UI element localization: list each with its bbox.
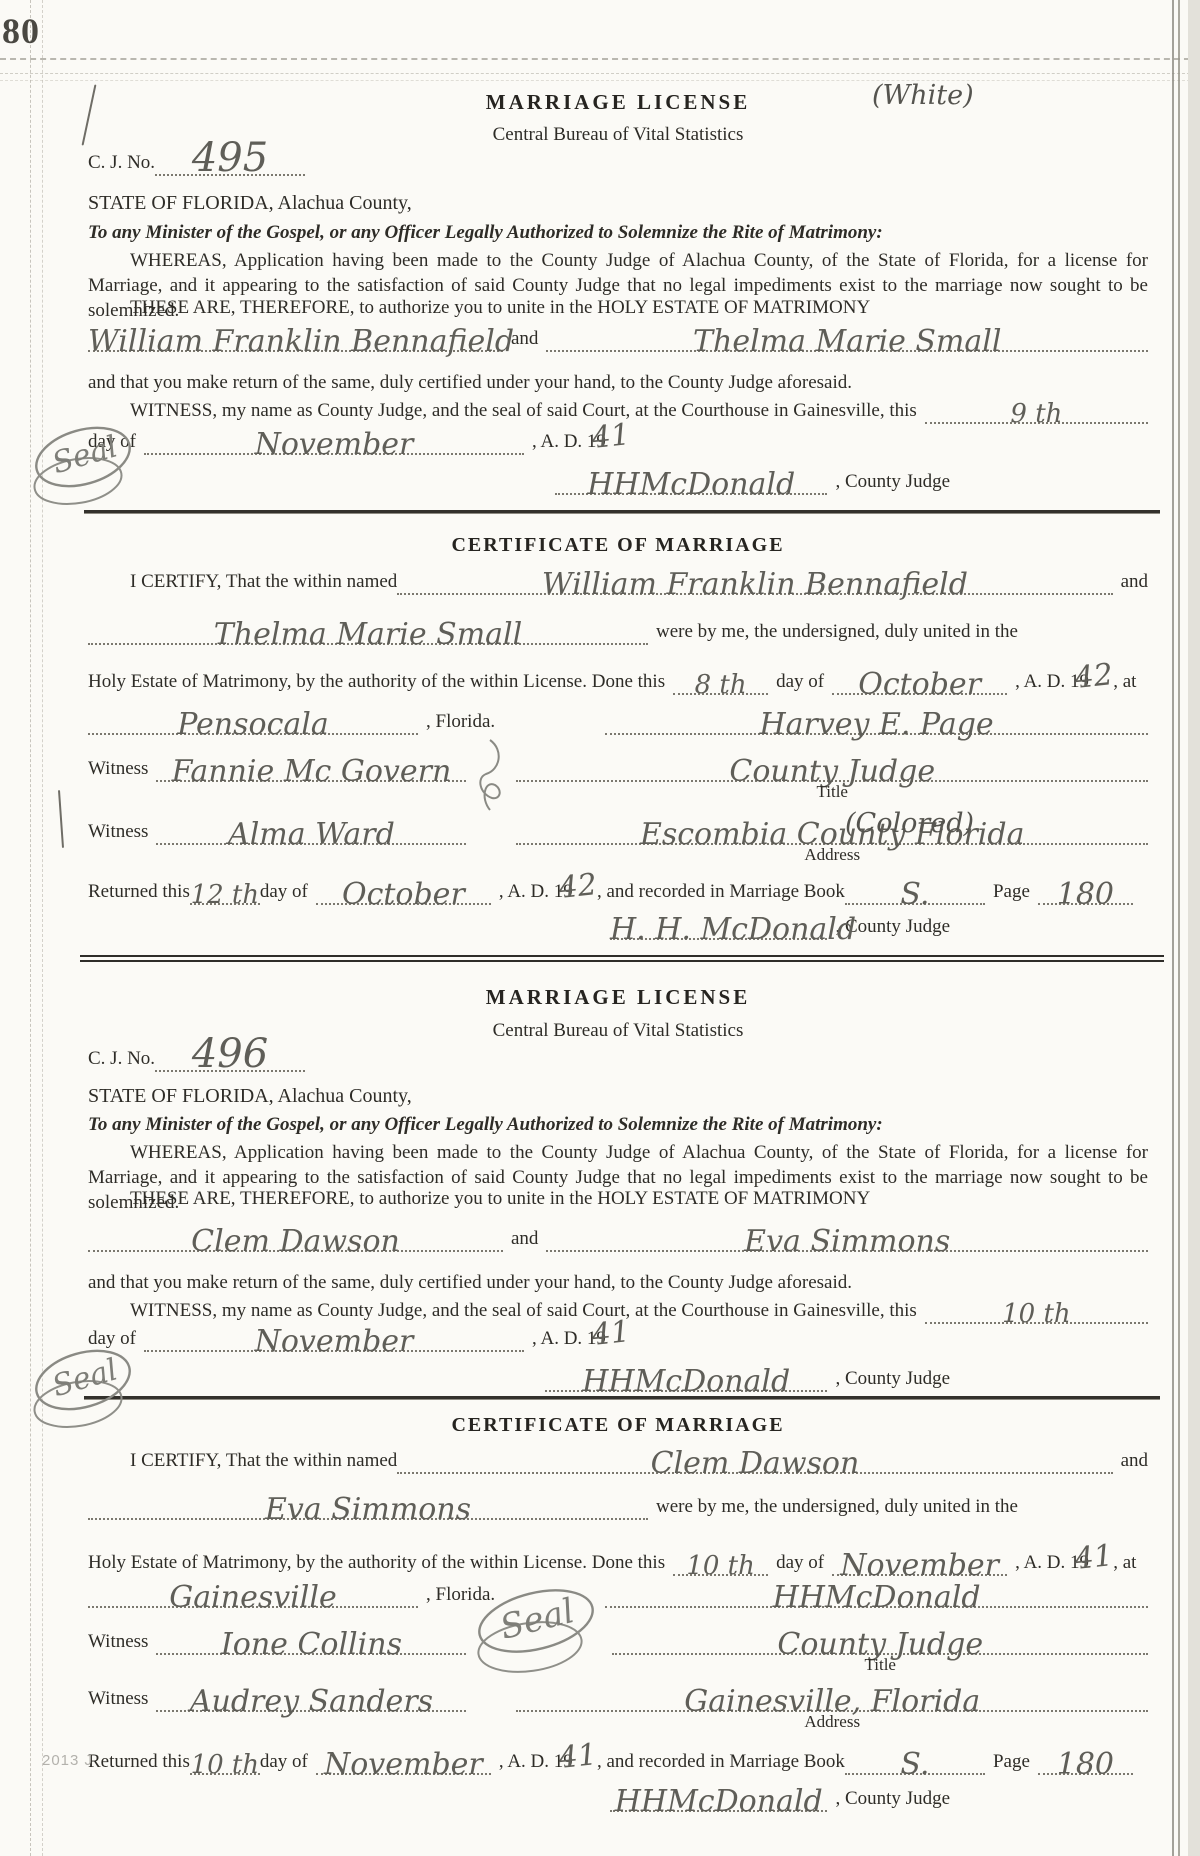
- witness-label: Witness: [88, 1629, 148, 1655]
- done-year: 42: [1073, 660, 1114, 694]
- book-page-value: 180: [1038, 1750, 1133, 1780]
- returned-month: November: [316, 1750, 491, 1780]
- judge-signature: HHMcDonald: [555, 470, 827, 500]
- and-label: and: [511, 326, 538, 352]
- florida-label: , Florida.: [426, 709, 495, 735]
- cert-judge-signature-row: H. H. McDonald , County Judge: [610, 914, 950, 940]
- month-value: November: [144, 430, 524, 460]
- seal-scribble: Seal: [28, 415, 148, 525]
- book-line: S.: [845, 1749, 985, 1775]
- these-are-line-2: THESE ARE, THEREFORE, to authorize you t…: [88, 1186, 1148, 1212]
- witness1-line: Fannie Mc Govern: [156, 756, 466, 782]
- done-day-line: 8 th: [673, 669, 768, 695]
- at-label: , at: [1113, 1550, 1136, 1576]
- officiant-title-line: County Judge Title: [516, 756, 1148, 782]
- done-month: November: [832, 1551, 1007, 1581]
- witness-day: 9 th: [925, 401, 1148, 427]
- race-annotation-white: (White): [872, 80, 974, 111]
- and-label: and: [511, 1226, 538, 1252]
- section-divider-2: [84, 1396, 1160, 1400]
- addressee-line-2: To any Minister of the Gospel, or any Of…: [88, 1112, 1148, 1138]
- day-of-label: day of: [260, 1749, 308, 1775]
- cert-bride-name: Eva Simmons: [88, 1495, 648, 1525]
- year-value: 41: [590, 420, 631, 454]
- cert-judge-signature-line: H. H. McDonald: [610, 914, 827, 940]
- witness-day: 10 th: [925, 1301, 1148, 1327]
- witness-day-line: 10 th: [925, 1298, 1148, 1324]
- bride-name: Thelma Marie Small: [546, 327, 1148, 357]
- book-page-value: 180: [1038, 880, 1133, 910]
- day-of-label: day of: [776, 1550, 824, 1576]
- at-label: , at: [1113, 669, 1136, 695]
- witness2-name: Alma Ward: [156, 820, 466, 850]
- bride-name: Eva Simmons: [546, 1227, 1148, 1257]
- witness1-line: Ione Collins: [156, 1629, 466, 1655]
- returned-month-line: October: [316, 879, 491, 905]
- title-label: Title: [516, 783, 1148, 801]
- judge-signature-line: HHMcDonald: [555, 469, 827, 495]
- couple-names-row-2: Clem Dawson and Eva Simmons: [88, 1226, 1148, 1252]
- cert-judge-signature-row-2: HHMcDonald , County Judge: [610, 1786, 950, 1812]
- cert-bride-name: Thelma Marie Small: [88, 620, 648, 650]
- day-of-label: day of: [776, 669, 824, 695]
- recorded-label: , and recorded in Marriage Book: [597, 879, 845, 905]
- judge-signature-row-2: HHMcDonald , County Judge: [545, 1366, 950, 1392]
- returned-day-line: 10 th: [190, 1749, 260, 1775]
- witness-label: Witness: [88, 819, 148, 845]
- recorded-label: , and recorded in Marriage Book: [597, 1749, 845, 1775]
- cj-number-value: 495: [155, 138, 305, 178]
- left-rule-line-2: [42, 0, 43, 1856]
- returned-day-line: 12 th: [190, 879, 260, 905]
- witness-label: Witness: [88, 1686, 148, 1712]
- place-row: Pensocala , Florida. Harvey E. Page: [88, 709, 1148, 735]
- book-page-line: 180: [1038, 879, 1133, 905]
- judge-signature-line: HHMcDonald: [545, 1366, 827, 1392]
- left-rule-line: [30, 0, 31, 1856]
- witness-clause: WITNESS, my name as County Judge, and th…: [88, 1298, 917, 1324]
- done-this-row-2: Holy Estate of Matrimony, by the authori…: [88, 1550, 1148, 1576]
- bride-name-line: Thelma Marie Small: [546, 326, 1148, 352]
- returned-row: Returned this 12 th day of October , A. …: [88, 879, 1148, 905]
- couple-names-row: William Franklin Bennafield and Thelma M…: [88, 326, 1148, 352]
- done-month: October: [832, 670, 1007, 700]
- cj-number-label: C. J. No.: [88, 150, 155, 176]
- officiant-address-line: Escombia County Florida Address: [516, 819, 1148, 845]
- cert-groom-line: Clem Dawson: [397, 1448, 1112, 1474]
- form-divider: [80, 955, 1164, 962]
- cj-number-label: C. J. No.: [88, 1046, 155, 1072]
- officiant-signature-line: HHMcDonald: [605, 1582, 1148, 1608]
- county-judge-label: , County Judge: [835, 1786, 950, 1812]
- witness1-name: Ione Collins: [156, 1630, 466, 1660]
- seal-scribble-cert: Seal: [468, 1581, 608, 1689]
- united-clause: were by me, the undersigned, duly united…: [656, 619, 1018, 645]
- officiant-signature: Harvey E. Page: [605, 710, 1148, 740]
- place-value: Gainesville: [88, 1583, 418, 1613]
- done-day-line: 10 th: [673, 1550, 768, 1576]
- certify-label: I CERTIFY, That the within named: [88, 1448, 397, 1474]
- cert-bride-line: Eva Simmons: [88, 1494, 648, 1520]
- return-clause: and that you make return of the same, du…: [88, 370, 1148, 396]
- bride-name-line: Eva Simmons: [546, 1226, 1148, 1252]
- pen-stroke-mark-2: [58, 790, 64, 848]
- done-month-line: November: [832, 1550, 1007, 1576]
- officiant-signature-line: Harvey E. Page: [605, 709, 1148, 735]
- witness-day-line: 9 th: [925, 398, 1148, 424]
- county-judge-label: , County Judge: [835, 1366, 950, 1392]
- certify-label: I CERTIFY, That the within named: [88, 569, 397, 595]
- flourish-scribble: [472, 734, 508, 814]
- addressee-line: To any Minister of the Gospel, or any Of…: [88, 220, 1148, 246]
- done-this-row: Holy Estate of Matrimony, by the authori…: [88, 669, 1148, 695]
- cert-bride-line: Thelma Marie Small: [88, 619, 648, 645]
- witness2-row-2: Witness Audrey Sanders Gainesville, Flor…: [88, 1686, 1148, 1712]
- right-scan-band: [1188, 0, 1200, 1856]
- groom-name-line: William Franklin Bennafield: [88, 326, 503, 352]
- cert-judge-signature: H. H. McDonald: [610, 915, 827, 945]
- day-of-label: day of: [260, 879, 308, 905]
- book-line: S.: [845, 879, 985, 905]
- officiant-signature: HHMcDonald: [605, 1583, 1148, 1613]
- place-line: Gainesville: [88, 1582, 418, 1608]
- page-number: 80: [2, 10, 40, 52]
- returned-day: 12 th: [190, 882, 260, 908]
- cert-bride-row: Thelma Marie Small were by me, the under…: [88, 619, 1148, 645]
- returned-month: October: [316, 880, 491, 910]
- address-label: Address: [516, 846, 1148, 864]
- right-rule-line: [1172, 0, 1180, 1856]
- top-stitch-line-2: [0, 80, 1200, 81]
- certificate-title-2: CERTIFICATE OF MARRIAGE: [88, 1414, 1148, 1437]
- done-month-line: October: [832, 669, 1007, 695]
- book-page-line: 180: [1038, 1749, 1133, 1775]
- returned-label: Returned this: [88, 1749, 190, 1775]
- done-day: 8 th: [673, 672, 768, 698]
- page-label: Page: [993, 879, 1030, 905]
- returned-row-2: Returned this 10 th day of November , A.…: [88, 1749, 1148, 1775]
- book-value: S.: [845, 880, 985, 910]
- race-annotation-colored: (Colored): [845, 808, 974, 839]
- seal-scribble-2: Seal: [28, 1338, 148, 1448]
- place-value: Pensocala: [88, 710, 418, 740]
- book-value: S.: [845, 1750, 985, 1780]
- done-day: 10 th: [673, 1553, 768, 1579]
- returned-year: 41: [557, 1740, 598, 1774]
- license-title: MARRIAGE LICENSE: [88, 90, 1148, 115]
- holy-estate-clause: Holy Estate of Matrimony, by the authori…: [88, 1550, 665, 1576]
- cj-number-row: C. J. No. 495: [88, 150, 1148, 176]
- officiant-address-line: Gainesville, Florida Address: [516, 1686, 1148, 1712]
- cert-groom-line: William Franklin Bennafield: [397, 569, 1112, 595]
- cj-number-line: 495: [155, 150, 305, 176]
- cj-number-line: 496: [155, 1046, 305, 1072]
- returned-label: Returned this: [88, 879, 190, 905]
- groom-name-line: Clem Dawson: [88, 1226, 503, 1252]
- state-line-2: STATE OF FLORIDA, Alachua County,: [88, 1083, 1148, 1109]
- groom-name: William Franklin Bennafield: [88, 327, 503, 357]
- title-label: Title: [612, 1656, 1148, 1674]
- certificate-title: CERTIFICATE OF MARRIAGE: [88, 534, 1148, 557]
- witness-clause: WITNESS, my name as County Judge, and th…: [88, 398, 917, 424]
- and-label: and: [1121, 569, 1148, 595]
- month-value: November: [144, 1327, 524, 1357]
- cert-judge-signature: HHMcDonald: [610, 1787, 827, 1817]
- groom-name: Clem Dawson: [88, 1227, 503, 1257]
- returned-month-line: November: [316, 1749, 491, 1775]
- witness2-line: Alma Ward: [156, 819, 466, 845]
- witness2-name: Audrey Sanders: [156, 1687, 466, 1717]
- digitization-watermark: 2013 J: [42, 1752, 93, 1769]
- cert-judge-signature-line: HHMcDonald: [610, 1786, 827, 1812]
- cert-groom-name: Clem Dawson: [397, 1449, 1112, 1479]
- license-title-2: MARRIAGE LICENSE: [88, 985, 1148, 1010]
- day-of-row-2: Seal day of November , A. D. 19 41: [88, 1326, 1148, 1352]
- judge-signature: HHMcDonald: [545, 1367, 827, 1397]
- returned-year: 42: [557, 870, 598, 904]
- witness2-row: Witness Alma Ward Escombia County Florid…: [88, 819, 1148, 845]
- cj-number-value: 496: [155, 1034, 305, 1074]
- holy-estate-clause: Holy Estate of Matrimony, by the authori…: [88, 669, 665, 695]
- month-line: November: [144, 1326, 524, 1352]
- certify-row-2: I CERTIFY, That the within named Clem Da…: [88, 1448, 1148, 1474]
- witness1-name: Fannie Mc Govern: [156, 757, 466, 787]
- certify-row: I CERTIFY, That the within named William…: [88, 569, 1148, 595]
- and-label: and: [1121, 1448, 1148, 1474]
- county-judge-label: , County Judge: [835, 469, 950, 495]
- cj-number-row-2: C. J. No. 496: [88, 1046, 1148, 1072]
- year-value: 41: [590, 1317, 631, 1351]
- place-row-2: Gainesville , Florida. HHMcDonald: [88, 1582, 1148, 1608]
- these-are-line: THESE ARE, THEREFORE, to authorize you t…: [88, 295, 1148, 321]
- address-label: Address: [516, 1713, 1148, 1731]
- united-clause: were by me, the undersigned, duly united…: [656, 1494, 1018, 1520]
- day-of-row: Seal day of November , A. D. 19 41: [88, 429, 1148, 455]
- scanned-marriage-license-page: 80 2013 J (White) MARRIAGE LICENSE Centr…: [0, 0, 1200, 1856]
- month-line: November: [144, 429, 524, 455]
- page-label: Page: [993, 1749, 1030, 1775]
- cert-bride-row-2: Eva Simmons were by me, the undersigned,…: [88, 1494, 1148, 1520]
- state-line: STATE OF FLORIDA, Alachua County,: [88, 190, 1148, 216]
- done-year: 41: [1073, 1541, 1114, 1575]
- place-line: Pensocala: [88, 709, 418, 735]
- return-clause-2: and that you make return of the same, du…: [88, 1270, 1148, 1296]
- section-divider: [84, 510, 1160, 514]
- officiant-title-line: County Judge Title: [612, 1629, 1148, 1655]
- returned-day: 10 th: [190, 1752, 260, 1778]
- witness-label: Witness: [88, 756, 148, 782]
- cert-groom-name: William Franklin Bennafield: [397, 570, 1112, 600]
- witness1-row-2: Witness Ione Collins Seal County Judge T…: [88, 1629, 1148, 1655]
- witness1-row: Witness Fannie Mc Govern County Judge Ti…: [88, 756, 1148, 782]
- judge-signature-row: HHMcDonald , County Judge: [555, 469, 950, 495]
- witness2-line: Audrey Sanders: [156, 1686, 466, 1712]
- top-stitch-line: [0, 58, 1200, 74]
